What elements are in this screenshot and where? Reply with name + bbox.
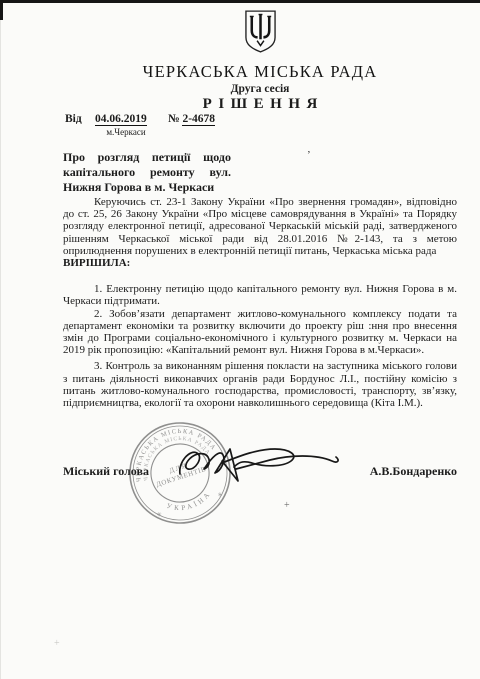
subject-line: капітального ремонту вул. xyxy=(63,165,231,180)
resolution-item: 2. Зобов’язати департамент житлово-комун… xyxy=(63,308,457,357)
handwritten-signature xyxy=(170,436,348,498)
from-label: Від xyxy=(65,113,82,125)
subject-block: Про розгляд петиції щодо капітального ре… xyxy=(63,150,231,196)
document-number: № 2-4678 xyxy=(168,113,215,125)
scan-top-edge xyxy=(0,0,480,3)
subject-line: Нижня Горова в м. Черкаси xyxy=(63,180,231,195)
org-name: ЧЕРКАСЬКА МІСЬКА РАДА xyxy=(63,62,457,82)
resolution-item: 1. Електронну петицію щодо капітального … xyxy=(63,283,457,307)
preamble-paragraph: Керуючись ст. 23-1 Закону України «Про з… xyxy=(63,196,457,257)
city-label: м.Черкаси xyxy=(97,127,155,137)
scan-plus-mark: + xyxy=(284,500,290,511)
scan-left-edge xyxy=(0,0,1,679)
resolution-word: ВИРІШИЛА: xyxy=(63,257,457,269)
resolution-item: 3. Контроль за виконанням рішення поклас… xyxy=(63,360,457,409)
stamp-ornament-icon: ✳ xyxy=(156,511,163,519)
number-value: 2-4678 xyxy=(182,113,215,126)
document-date: 04.06.2019 xyxy=(95,113,147,125)
scan-plus-mark-faint: + xyxy=(54,638,60,649)
document-type-title: РІШЕННЯ xyxy=(63,96,457,113)
subject-line: Про розгляд петиції щодо xyxy=(63,150,231,165)
scan-corner-mark xyxy=(0,0,3,20)
signer-name: А.В.Бондаренко xyxy=(370,464,457,479)
document-body: Керуючись ст. 23-1 Закону України «Про з… xyxy=(63,196,457,409)
scan-stray-mark: ’ xyxy=(307,149,311,161)
ukraine-trident-icon xyxy=(244,9,277,54)
session-label: Друга сесія xyxy=(63,83,457,95)
number-sign: № xyxy=(168,113,180,125)
scanned-document-page: { "header": { "emblem_icon": "ukraine-tr… xyxy=(0,0,480,679)
date-row-label: Від xyxy=(65,113,82,125)
